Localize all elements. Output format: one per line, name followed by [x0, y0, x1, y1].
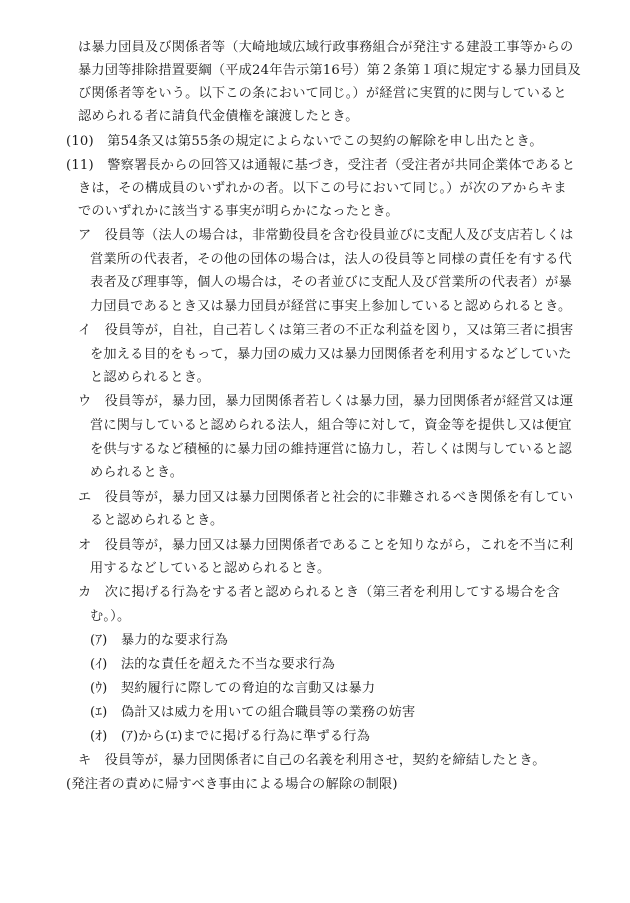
- text-line: (発注者の責めに帰すべき事由による場合の解除の制限): [66, 775, 398, 795]
- text-line: と認められるとき。: [90, 368, 210, 388]
- text-line: ア 役員等（法人の場合は，非常勤役員を含む役員並びに支配人及び支店若しくは: [78, 226, 573, 246]
- text-line: (11) 警察署長からの回答又は通報に基づき，受注者（受注者が共同企業体であると: [66, 156, 575, 176]
- text-line: (ｱ) 暴力的な要求行為: [90, 631, 228, 651]
- text-line: エ 役員等が，暴力団又は暴力団関係者と社会的に非難されるべき関係を有してい: [78, 488, 573, 508]
- text-line: 営に関与していると認められる法人，組合等に対して，資金等を提供し又は便宜: [90, 416, 572, 436]
- text-line: 用するなどしていると認められるとき。: [90, 559, 330, 579]
- text-line: ウ 役員等が，暴力団，暴力団関係者若しくは暴力団，暴力団関係者が経営又は運: [78, 392, 573, 412]
- text-line: カ 次に掲げる行為をする者と認められるとき（第三者を利用してする場合を含: [78, 583, 560, 603]
- text-line: きは，その構成員のいずれかの者。以下この号において同じ。）が次のアからキま: [78, 179, 567, 199]
- text-line: オ 役員等が，暴力団又は暴力団関係者であることを知りながら，これを不当に利: [78, 536, 573, 556]
- text-line: (ｲ) 法的な責任を超えた不当な要求行為: [90, 655, 335, 675]
- text-line: を加える目的をもって，暴力団の威力又は暴力団関係者を利用するなどしていた: [90, 345, 572, 365]
- text-line: (ｳ) 契約履行に際しての脅迫的な言動又は暴力: [90, 679, 375, 699]
- text-line: (ｴ) 偽計又は威力を用いての組合職員等の業務の妨害: [90, 703, 415, 723]
- text-line: は暴力団員及び関係者等（大崎地域広域行政事務組合が発注する建設工事等からの: [78, 38, 573, 58]
- text-line: (10) 第54条又は第55条の規定によらないでこの契約の解除を申し出たとき。: [66, 132, 543, 152]
- text-line: (ｵ) (ｱ)から(ｴ)までに掲げる行為に準ずる行為: [90, 727, 370, 747]
- text-line: ると認められるとき。: [90, 511, 223, 531]
- document-page: は暴力団員及び関係者等（大崎地域広域行政事務組合が発注する建設工事等からの暴力団…: [0, 0, 630, 903]
- text-line: む。）。: [90, 607, 130, 627]
- text-line: 認められる者に請負代金債権を譲渡したとき。: [78, 107, 359, 127]
- text-line: イ 役員等が，自社，自己若しくは第三者の不正な利益を図り，又は第三者に損害: [78, 321, 573, 341]
- text-line: 営業所の代表者，その他の団体の場合は，法人の役員等と同様の責任を有する代: [90, 250, 572, 270]
- text-line: 力団員であるとき又は暴力団員が経営に事実上参加していると認められるとき。: [90, 297, 571, 317]
- text-line: を供与するなど積極的に暴力団の維持運営に協力し，若しくは関与していると認: [90, 440, 572, 460]
- text-line: 表者及び理事等，個人の場合は，その者並びに支配人及び営業所の代表者）が暴: [90, 273, 572, 293]
- text-line: でのいずれかに該当する事実が明らかになったとき。: [78, 202, 399, 222]
- text-line: 暴力団等排除措置要綱（平成24年告示第16号）第２条第１項に規定する暴力団員及: [78, 61, 581, 81]
- text-line: び関係者等をいう。以下この条において同じ。）が経営に実質的に関与していると: [78, 84, 567, 104]
- text-line: キ 役員等が，暴力団関係者に自己の名義を利用させ，契約を締結したとき。: [78, 751, 546, 771]
- text-line: められるとき。: [90, 463, 183, 483]
